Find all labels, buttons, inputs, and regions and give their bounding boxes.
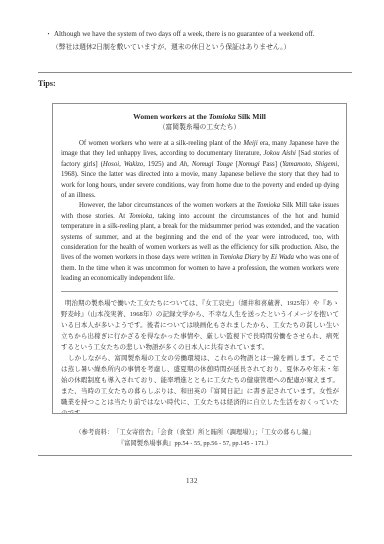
box-title: Women workers at the Tomioka Silk Mill (53, 112, 346, 122)
reference-line-2: 『富岡製糸場事典』pp.54 - 55, pp.56 - 57, pp.145 … (118, 440, 272, 447)
document-page: ・Although we have the system of two days… (0, 0, 384, 544)
top-note-english: Although we have the system of two days … (54, 30, 315, 38)
reference-line-1: （参考資料： 「工女寄宿舎」「会食（食堂）所と賄所（調理場）」；「工女の暮らし編… (75, 429, 314, 436)
japanese-paragraph-1: 明治期の製糸場で働いた工女たちについては、『女工哀史』（細井和喜蔵著、1925年… (61, 298, 339, 353)
bullet-marker: ・ (45, 30, 52, 38)
english-paragraph-1: Of women workers who were at a silk-reel… (61, 139, 339, 201)
japanese-paragraph-2: しかしながら、富岡製糸場の工女の労働環境は、これらの物語とは一線を画します。そこ… (61, 353, 339, 414)
bottom-divider (38, 455, 352, 456)
box-subtitle: （富岡製糸場の工女たち） (53, 123, 346, 133)
english-paragraph-2: However, the labor circumstances of the … (61, 201, 339, 284)
page-number: 132 (0, 477, 384, 485)
inner-divider (61, 291, 338, 292)
top-divider (38, 72, 352, 73)
tips-label: Tips: (38, 79, 56, 88)
reference-note: （参考資料： 「工女寄宿舎」「会食（食堂）所と賄所（調理場）」；「工女の暮らし編… (38, 427, 352, 449)
top-note-japanese: （弊社は週休2日制を敷いていますが、週末の休日という保証はありません。） (45, 41, 353, 54)
tips-box: Women workers at the Tomioka Silk Mill （… (52, 103, 347, 414)
top-note: ・Although we have the system of two days… (45, 28, 353, 54)
